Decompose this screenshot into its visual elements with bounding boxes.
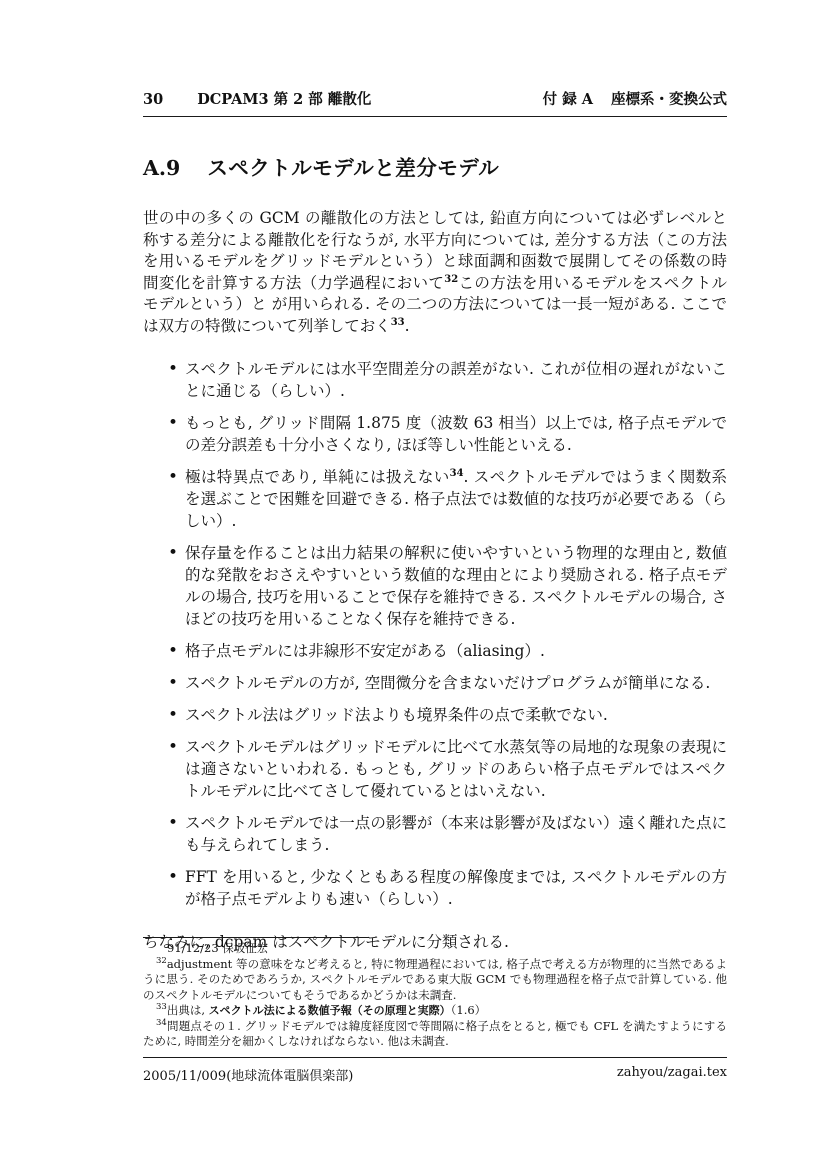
running-header-right: 付 録 A座標系・変換公式 <box>543 88 727 109</box>
list-item: 格子点モデルには非線形不安定がある（aliasing）. <box>143 640 727 662</box>
list-item: 極は特異点であり, 単純には扱えない34. スペクトルモデルではうまく関数系を選… <box>143 466 727 532</box>
list-item: 保存量を作ることは出力結果の解釈に使いやすいという物理的な理由と, 数値的な発散… <box>143 542 727 630</box>
page-footer: 2005/11/009(地球流体電脳倶楽部) zahyou/zagai.tex <box>143 1057 727 1084</box>
footnote-34: 34問題点その１. グリッドモデルでは緯度経度図で等間隔に格子点をとると, 極で… <box>143 1019 727 1050</box>
footer-right-text: zahyou/zagai.tex <box>617 1065 727 1084</box>
list-item: スペクトルモデルの方が, 空間微分を含まないだけプログラムが簡単になる. <box>143 672 727 694</box>
footnote-rule <box>143 937 369 938</box>
footnote-date-line: 91/12/23 保坂征宏 <box>143 941 727 957</box>
footnote-32: 32adjustment 等の意味をなど考えると, 特に物理過程においては, 格… <box>143 957 727 1004</box>
list-item: もっとも, グリッド間隔 1.875 度（波数 63 相当）以上では, 格子点モ… <box>143 412 727 456</box>
intro-part3: . <box>405 317 410 335</box>
footer-left-text: 2005/11/009(地球流体電脳倶楽部) <box>143 1065 353 1084</box>
header-rule <box>143 116 727 117</box>
running-header-right-title: 座標系・変換公式 <box>611 91 727 108</box>
footnote-33-reference-title: スペクトル法による数値予報（その原理と実際） <box>209 1004 451 1017</box>
footnote-ref-32: 32 <box>444 273 458 284</box>
feature-list: スペクトルモデルには水平空間差分の誤差がない. これが位相の遅れがないことに通じ… <box>143 358 727 910</box>
intro-paragraph: 世の中の多くの GCM の離散化の方法としては, 鉛直方向については必ずレベルと… <box>143 208 727 337</box>
page-number: 30 <box>143 91 163 108</box>
footnote-ref-33: 33 <box>391 316 405 327</box>
list-item: スペクトルモデルでは一点の影響が（本来は影響が及ばない）遠く離れた点にも与えられ… <box>143 812 727 856</box>
section-title: A.9スペクトルモデルと差分モデル <box>143 151 727 181</box>
list-item: FFT を用いると, 少なくともある程度の解像度までは, スペクトルモデルの方が… <box>143 866 727 910</box>
footer-rule <box>143 1057 727 1058</box>
list-item: スペクトル法はグリッド法よりも境界条件の点で柔軟でない. <box>143 704 727 726</box>
footnote-32-number: 32 <box>156 956 167 966</box>
page-content: 30DCPAM3 第 2 部 離散化 付 録 A座標系・変換公式 A.9スペクト… <box>143 88 727 954</box>
section-title-text: スペクトルモデルと差分モデル <box>207 156 499 180</box>
footnote-34-number: 34 <box>156 1018 167 1028</box>
footnote-33-number: 33 <box>156 1002 167 1012</box>
running-header-left-title: DCPAM3 第 2 部 離散化 <box>197 91 371 108</box>
running-header: 30DCPAM3 第 2 部 離散化 付 録 A座標系・変換公式 <box>143 88 727 109</box>
list-item: スペクトルモデルには水平空間差分の誤差がない. これが位相の遅れがないことに通じ… <box>143 358 727 402</box>
footnote-33: 33出典は, スペクトル法による数値予報（その原理と実際）（1.6） <box>143 1003 727 1019</box>
list-item: スペクトルモデルはグリッドモデルに比べて水蒸気等の局地的な現象の表現には適さない… <box>143 736 727 802</box>
appendix-label: 付 録 A <box>543 91 593 108</box>
section-number: A.9 <box>143 156 180 180</box>
footnotes-block: 91/12/23 保坂征宏 32adjustment 等の意味をなど考えると, … <box>143 937 727 1050</box>
document-page: 30DCPAM3 第 2 部 離散化 付 録 A座標系・変換公式 A.9スペクト… <box>0 0 826 1169</box>
footnote-33-pre: 出典は, <box>167 1003 209 1017</box>
footnote-32-text: adjustment 等の意味をなど考えると, 特に物理過程においては, 格子点… <box>143 957 727 1002</box>
footnote-34-text: 問題点その１. グリッドモデルでは緯度経度図で等間隔に格子点をとると, 極でも … <box>143 1019 727 1049</box>
running-header-left: 30DCPAM3 第 2 部 離散化 <box>143 88 371 109</box>
footnote-33-post: （1.6） <box>451 1003 487 1017</box>
